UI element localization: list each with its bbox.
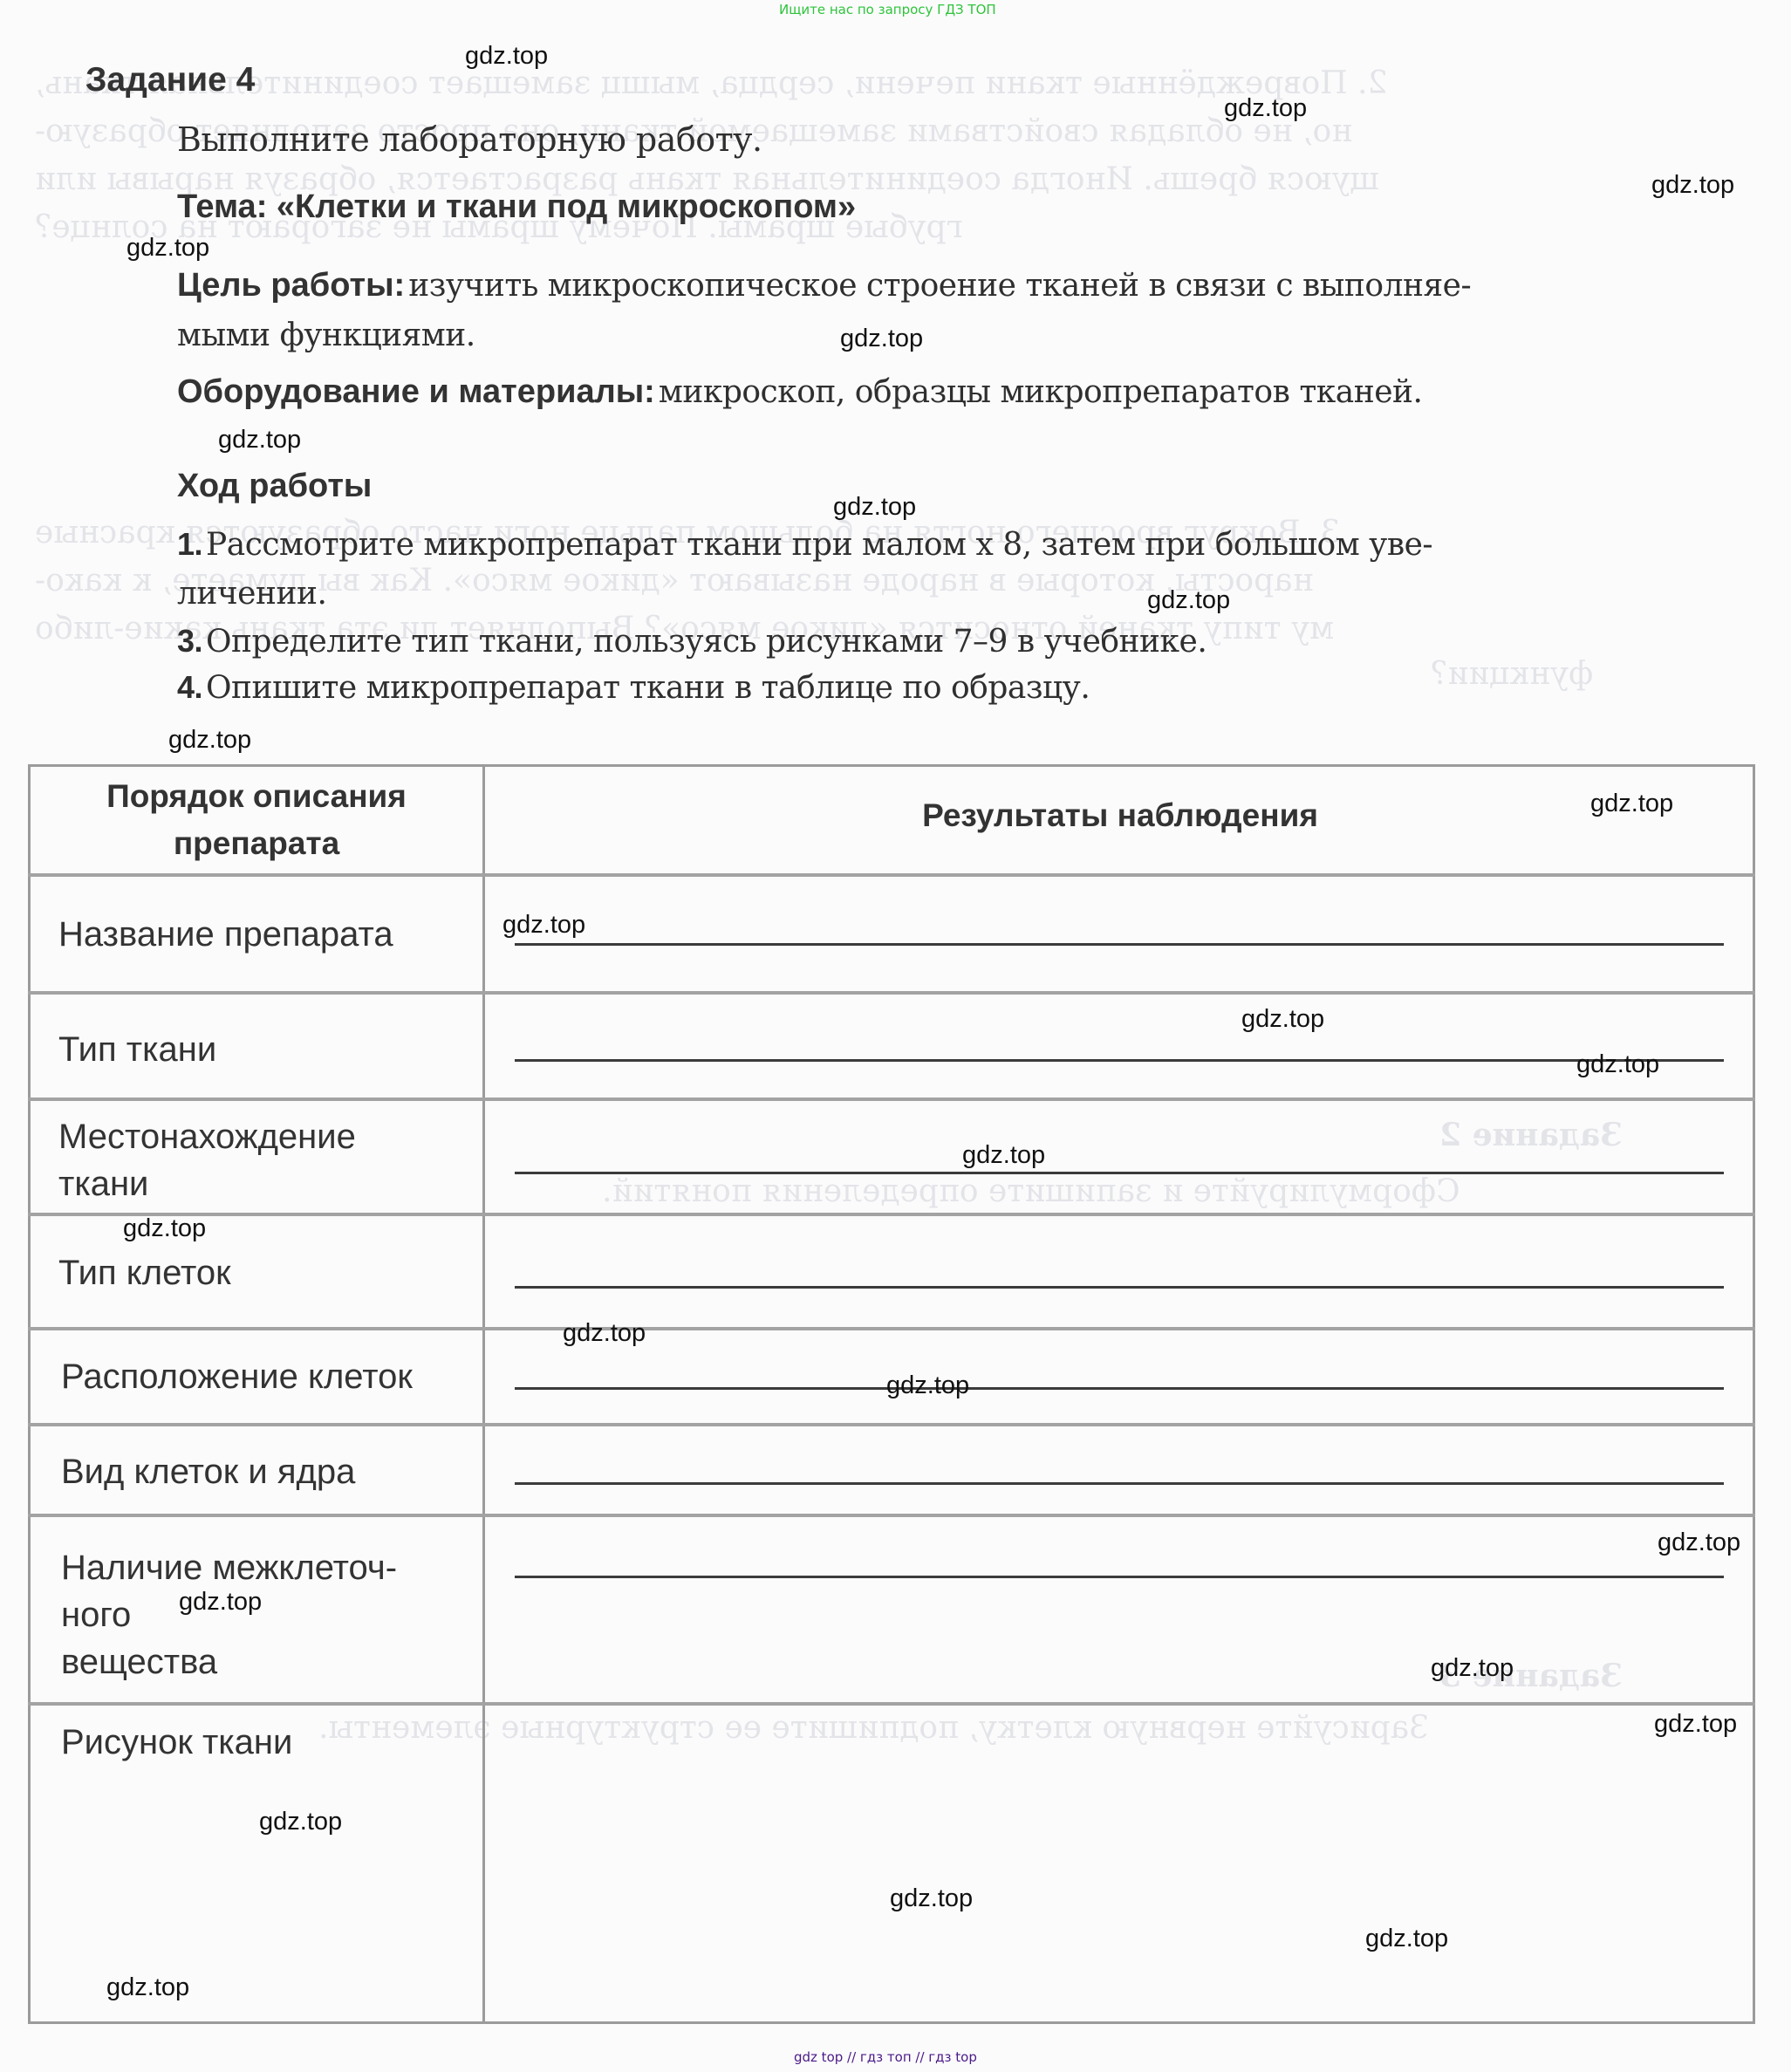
watermark: gdz.top bbox=[123, 1214, 206, 1243]
table-row-divider bbox=[28, 1213, 1755, 1216]
label-line: Наличие межклеточ- bbox=[61, 1544, 497, 1591]
watermark: gdz.top bbox=[465, 42, 548, 71]
answer-line-tissue-type[interactable] bbox=[515, 1059, 1724, 1062]
table-row-divider bbox=[28, 1098, 1755, 1101]
watermark: gdz.top bbox=[1651, 171, 1734, 200]
label-line: ного bbox=[61, 1591, 497, 1638]
task-instruction: Выполните лабораторную работу. bbox=[177, 120, 762, 159]
step-1: 1. Рассмотрите микропрепарат ткани при м… bbox=[177, 526, 1432, 563]
goal-text: изучить микроскопическое строение тканей… bbox=[408, 268, 1471, 304]
site-footer[interactable]: gdz top // гдз топ // гдз top bbox=[794, 2049, 977, 2065]
goal-line: Цель работы: изучить микроскопическое ст… bbox=[177, 267, 1471, 304]
watermark: gdz.top bbox=[886, 1371, 969, 1400]
row-label-cell-arrangement: Расположение клеток bbox=[61, 1353, 497, 1400]
label-line: ткани bbox=[58, 1160, 495, 1207]
table-header-results: Результаты наблюдения bbox=[485, 792, 1755, 839]
step-3: 3. Определите тип ткани, пользуясь рисун… bbox=[177, 623, 1207, 660]
watermark: gdz.top bbox=[1224, 94, 1307, 123]
table-row-divider bbox=[28, 1423, 1755, 1426]
answer-line-cell-nucleus-view[interactable] bbox=[515, 1482, 1724, 1485]
watermark: gdz.top bbox=[1654, 1710, 1737, 1739]
answer-line-cell-arrangement[interactable] bbox=[515, 1387, 1724, 1390]
row-label-cell-nucleus-view: Вид клеток и ядра bbox=[61, 1448, 497, 1495]
table-row-divider bbox=[28, 991, 1755, 995]
watermark: gdz.top bbox=[218, 426, 301, 455]
equipment-line: Оборудование и материалы: микроскоп, обр… bbox=[177, 373, 1422, 411]
watermark: gdz.top bbox=[106, 1973, 189, 2002]
topic-label: Тема: bbox=[177, 188, 267, 225]
watermark: gdz.top bbox=[962, 1141, 1045, 1170]
bleed-through-text: функции? bbox=[1431, 656, 1593, 692]
answer-line-tissue-location[interactable] bbox=[515, 1172, 1724, 1174]
watermark: gdz.top bbox=[1241, 1005, 1324, 1034]
row-label-specimen-name: Название препарата bbox=[58, 911, 495, 958]
table-row-divider bbox=[28, 873, 1755, 877]
table-row-divider bbox=[28, 1514, 1755, 1517]
header-line: препарата bbox=[31, 820, 482, 867]
site-banner[interactable]: Ищите нас по запросу ГДЗ ТОП bbox=[779, 2, 996, 17]
topic-line: Тема: «Клетки и ткани под микроскопом» bbox=[177, 188, 856, 226]
row-label-cell-type: Тип клеток bbox=[58, 1249, 495, 1296]
step-number: 1. bbox=[177, 526, 202, 562]
step-1-continued: личении. bbox=[177, 576, 326, 612]
bleed-through-text: 2. Повреждённые ткани печени, сердца, мы… bbox=[35, 65, 1596, 101]
step-4: 4. Опишите микропрепарат ткани в таблице… bbox=[177, 669, 1090, 706]
goal-text-continued: мыми функциями. bbox=[177, 318, 475, 353]
row-label-tissue-type: Тип ткани bbox=[58, 1026, 495, 1073]
label-line: вещества bbox=[61, 1638, 497, 1686]
row-label-tissue-drawing: Рисунок ткани bbox=[61, 1719, 497, 1766]
watermark: gdz.top bbox=[502, 911, 585, 940]
watermark: gdz.top bbox=[1431, 1654, 1514, 1683]
watermark: gdz.top bbox=[890, 1884, 973, 1913]
step-number: 4. bbox=[177, 669, 202, 705]
watermark: gdz.top bbox=[168, 726, 251, 755]
procedure-heading: Ход работы bbox=[177, 468, 372, 505]
goal-label: Цель работы: bbox=[177, 267, 405, 304]
step-text: Определите тип ткани, пользуясь рисункам… bbox=[206, 624, 1207, 660]
equipment-label: Оборудование и материалы: bbox=[177, 373, 655, 410]
watermark: gdz.top bbox=[1365, 1925, 1448, 1953]
table-row-divider bbox=[28, 1327, 1755, 1330]
step-text: Опишите микропрепарат ткани в таблице по… bbox=[206, 670, 1090, 706]
watermark: gdz.top bbox=[1576, 1050, 1659, 1079]
header-line: Порядок описания bbox=[31, 773, 482, 820]
step-text: Рассмотрите микропрепарат ткани при мало… bbox=[206, 527, 1432, 563]
row-label-intercellular-substance: Наличие межклеточ- ного вещества bbox=[61, 1544, 497, 1686]
answer-line-cell-type[interactable] bbox=[515, 1286, 1724, 1289]
watermark: gdz.top bbox=[179, 1588, 262, 1617]
task-heading: Задание 4 bbox=[85, 61, 255, 99]
topic-value: «Клетки и ткани под микроскопом» bbox=[277, 188, 856, 225]
tissue-drawing-area[interactable] bbox=[489, 1710, 1750, 2020]
table-header-order: Порядок описания препарата bbox=[31, 773, 482, 867]
step-number: 3. bbox=[177, 623, 202, 659]
watermark: gdz.top bbox=[1147, 586, 1230, 615]
answer-line-specimen-name[interactable] bbox=[515, 943, 1724, 946]
table-row-divider bbox=[28, 1702, 1755, 1706]
watermark: gdz.top bbox=[1658, 1528, 1740, 1557]
answer-line-intercellular-substance[interactable] bbox=[515, 1576, 1724, 1578]
watermark: gdz.top bbox=[126, 234, 209, 263]
watermark: gdz.top bbox=[840, 325, 923, 353]
label-line: Местонахождение bbox=[58, 1113, 495, 1160]
watermark: gdz.top bbox=[833, 493, 916, 522]
watermark: gdz.top bbox=[563, 1319, 646, 1348]
watermark: gdz.top bbox=[259, 1808, 342, 1836]
watermark: gdz.top bbox=[1590, 790, 1673, 818]
equipment-text: микроскоп, образцы микропрепаратов ткане… bbox=[659, 374, 1423, 410]
row-label-tissue-location: Местонахождение ткани bbox=[58, 1113, 495, 1207]
